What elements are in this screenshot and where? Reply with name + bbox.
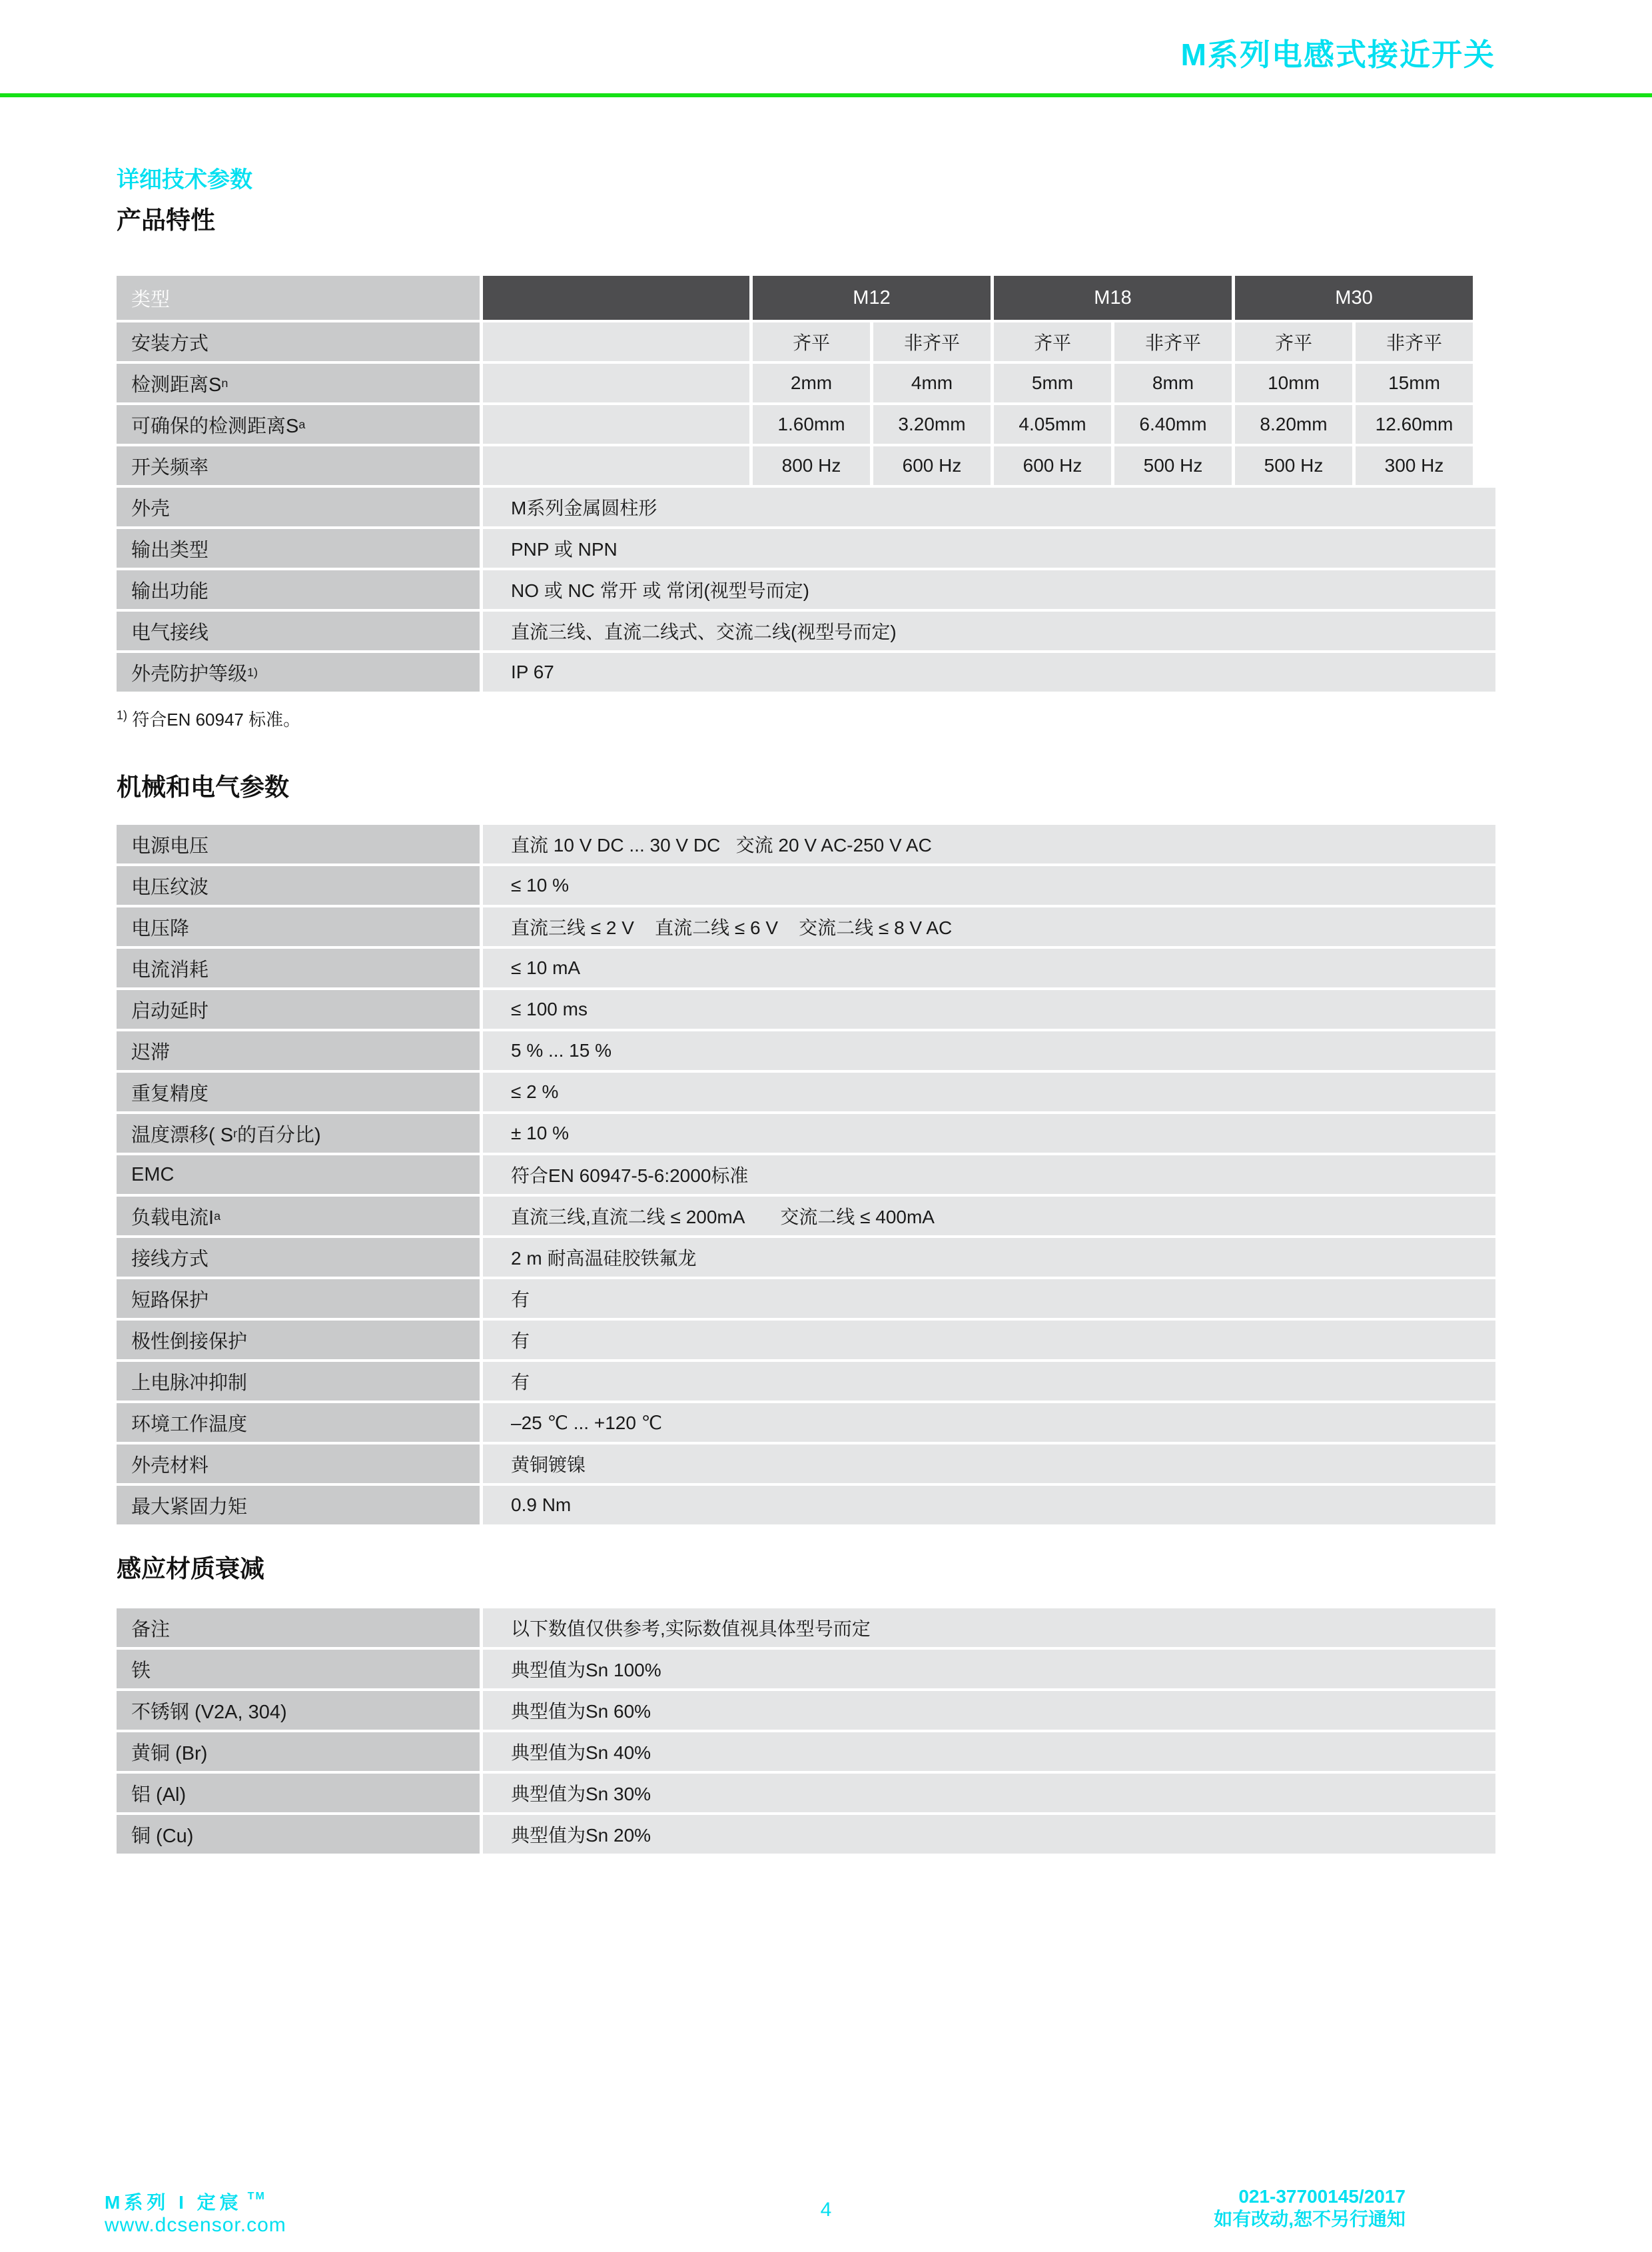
empty-cell bbox=[483, 364, 749, 402]
header-cell-m12: M12 bbox=[753, 276, 991, 320]
table-row-reverse-polarity-protection: 极性倒接保护 有 bbox=[117, 1321, 1495, 1359]
table-row-temperature-drift: 温度漂移( Sr的百分比) ± 10 % bbox=[117, 1114, 1495, 1153]
row-value: 有 bbox=[483, 1321, 1495, 1359]
section-heading-mechanical-electrical: 机械和电气参数 bbox=[117, 772, 1495, 803]
table-row-repeatability: 重复精度 ≤ 2 % bbox=[117, 1073, 1495, 1111]
row-value: ≤ 100 ms bbox=[483, 990, 1495, 1029]
row-value: 2 m 耐高温硅胶铁氟龙 bbox=[483, 1238, 1495, 1277]
spacer-cell bbox=[1476, 364, 1495, 402]
row-value: 4mm bbox=[873, 364, 991, 402]
row-label: 接线方式 bbox=[117, 1238, 480, 1277]
row-value: 15mm bbox=[1356, 364, 1473, 402]
header-cell-type: 类型 bbox=[117, 276, 480, 320]
row-value: ≤ 2 % bbox=[483, 1073, 1495, 1111]
table-row-short-circuit-protection: 短路保护 有 bbox=[117, 1279, 1495, 1318]
empty-cell bbox=[483, 322, 749, 361]
footer-notice: 如有改动,恕不另行通知 bbox=[1214, 2208, 1406, 2231]
table-row-housing-material: 外壳材料 黄铜镀镍 bbox=[117, 1444, 1495, 1483]
row-value: 直流 10 V DC ... 30 V DC 交流 20 V AC-250 V … bbox=[483, 825, 1495, 863]
row-label: EMC bbox=[117, 1155, 480, 1194]
table-row-output-type: 输出类型 PNP 或 NPN bbox=[117, 529, 1495, 568]
row-label: 可确保的检测距离Sa bbox=[117, 405, 480, 444]
table-row-supply-voltage: 电源电压 直流 10 V DC ... 30 V DC 交流 20 V AC-2… bbox=[117, 825, 1495, 863]
row-value: 4.05mm bbox=[994, 405, 1111, 444]
section-heading-material-reduction: 感应材质衰减 bbox=[117, 1554, 1495, 1584]
row-value: 典型值为Sn 40% bbox=[483, 1732, 1495, 1771]
row-label: 短路保护 bbox=[117, 1279, 480, 1318]
row-value: ± 10 % bbox=[483, 1114, 1495, 1153]
table-row-brass: 黄铜 (Br) 典型值为Sn 40% bbox=[117, 1732, 1495, 1771]
row-label: 黄铜 (Br) bbox=[117, 1732, 480, 1771]
row-label: 电压纹波 bbox=[117, 866, 480, 905]
table-row-power-up-pulse-suppression: 上电脉冲抑制 有 bbox=[117, 1362, 1495, 1401]
header-cell-m30: M30 bbox=[1235, 276, 1473, 320]
row-value: ≤ 10 % bbox=[483, 866, 1495, 905]
table-row-load-current: 负载电流Ia 直流三线,直流二线 ≤ 200mA 交流二线 ≤ 400mA bbox=[117, 1197, 1495, 1235]
row-label: 极性倒接保护 bbox=[117, 1321, 480, 1359]
empty-cell bbox=[483, 405, 749, 444]
table-row-mounting: 安装方式 齐平 非齐平 齐平 非齐平 齐平 非齐平 bbox=[117, 322, 1495, 361]
mechanical-electrical-table: 电源电压 直流 10 V DC ... 30 V DC 交流 20 V AC-2… bbox=[117, 825, 1495, 1524]
section-heading-detail-specs: 详细技术参数 bbox=[117, 165, 1495, 195]
row-value: 典型值为Sn 30% bbox=[483, 1774, 1495, 1812]
row-value: 直流三线、直流二线式、交流二线(视型号而定) bbox=[483, 612, 1495, 650]
row-value: 6.40mm bbox=[1114, 405, 1232, 444]
empty-cell bbox=[483, 446, 749, 485]
row-label: 备注 bbox=[117, 1608, 480, 1647]
row-value: 齐平 bbox=[1235, 322, 1352, 361]
row-value: –25 ℃ ... +120 ℃ bbox=[483, 1403, 1495, 1442]
row-value: 齐平 bbox=[753, 322, 870, 361]
row-value: 以下数值仅供参考,实际数值视具体型号而定 bbox=[483, 1608, 1495, 1647]
table-row-note: 备注 以下数值仅供参考,实际数值视具体型号而定 bbox=[117, 1608, 1495, 1647]
row-label: 电气接线 bbox=[117, 612, 480, 650]
table-row-current-consumption: 电流消耗 ≤ 10 mA bbox=[117, 949, 1495, 987]
row-value: 300 Hz bbox=[1356, 446, 1473, 485]
row-value: 非齐平 bbox=[1356, 322, 1473, 361]
row-value: 8.20mm bbox=[1235, 405, 1352, 444]
row-value: 3.20mm bbox=[873, 405, 991, 444]
row-label: 外壳防护等级1) bbox=[117, 653, 480, 692]
row-label: 迟滞 bbox=[117, 1031, 480, 1070]
row-value: ≤ 10 mA bbox=[483, 949, 1495, 987]
page-content: 详细技术参数 产品特性 类型 M12 M18 M30 安装方式 齐平 非齐平 齐… bbox=[117, 165, 1495, 1856]
table-row-iron: 铁 典型值为Sn 100% bbox=[117, 1650, 1495, 1688]
row-label: 重复精度 bbox=[117, 1073, 480, 1111]
row-value: 直流三线,直流二线 ≤ 200mA 交流二线 ≤ 400mA bbox=[483, 1197, 1495, 1235]
row-value: 有 bbox=[483, 1362, 1495, 1401]
spacer-cell bbox=[1476, 405, 1495, 444]
table-row-voltage-ripple: 电压纹波 ≤ 10 % bbox=[117, 866, 1495, 905]
row-value: 500 Hz bbox=[1114, 446, 1232, 485]
header-cell-m18: M18 bbox=[994, 276, 1232, 320]
row-value: 5 % ... 15 % bbox=[483, 1031, 1495, 1070]
table-row-output-function: 输出功能 NO 或 NC 常开 或 常闭(视型号而定) bbox=[117, 570, 1495, 609]
row-label: 外壳材料 bbox=[117, 1444, 480, 1483]
page-title: M系列电感式接近开关 bbox=[1181, 31, 1495, 75]
row-label: 电源电压 bbox=[117, 825, 480, 863]
row-value: 2mm bbox=[753, 364, 870, 402]
table-row-assured-distance: 可确保的检测距离Sa 1.60mm 3.20mm 4.05mm 6.40mm 8… bbox=[117, 405, 1495, 444]
row-value: IP 67 bbox=[483, 653, 1495, 692]
row-label: 最大紧固力矩 bbox=[117, 1486, 480, 1524]
header-divider-line bbox=[0, 93, 1652, 97]
footer-contact-block: 021-37700145/2017 如有改动,恕不另行通知 bbox=[1214, 2185, 1406, 2231]
spacer-cell bbox=[1476, 276, 1495, 320]
row-label: 上电脉冲抑制 bbox=[117, 1362, 480, 1401]
row-value: 黄铜镀镍 bbox=[483, 1444, 1495, 1483]
table-row-power-up-delay: 启动延时 ≤ 100 ms bbox=[117, 990, 1495, 1029]
table-row-wiring: 接线方式 2 m 耐高温硅胶铁氟龙 bbox=[117, 1238, 1495, 1277]
row-label: 电压降 bbox=[117, 907, 480, 946]
row-value: 典型值为Sn 20% bbox=[483, 1815, 1495, 1854]
table-row-emc: EMC 符合EN 60947-5-6:2000标准 bbox=[117, 1155, 1495, 1194]
row-value: 有 bbox=[483, 1279, 1495, 1318]
spacer-cell bbox=[1476, 446, 1495, 485]
row-value: 0.9 Nm bbox=[483, 1486, 1495, 1524]
row-label: 输出类型 bbox=[117, 529, 480, 568]
row-value: M系列金属圆柱形 bbox=[483, 488, 1495, 526]
row-label: 检测距离Sn bbox=[117, 364, 480, 402]
table-row-max-tightening-torque: 最大紧固力矩 0.9 Nm bbox=[117, 1486, 1495, 1524]
row-label: 负载电流Ia bbox=[117, 1197, 480, 1235]
footnote-marker: 1) bbox=[117, 708, 127, 722]
spacer-cell bbox=[1476, 322, 1495, 361]
row-value: 5mm bbox=[994, 364, 1111, 402]
section-heading-product-characteristics: 产品特性 bbox=[117, 205, 1495, 236]
row-label: 铝 (Al) bbox=[117, 1774, 480, 1812]
table-row-hysteresis: 迟滞 5 % ... 15 % bbox=[117, 1031, 1495, 1070]
table-row-protection-class: 外壳防护等级1) IP 67 bbox=[117, 653, 1495, 692]
row-value: 直流三线 ≤ 2 V 直流二线 ≤ 6 V 交流二线 ≤ 8 V AC bbox=[483, 907, 1495, 946]
row-value: 8mm bbox=[1114, 364, 1232, 402]
row-label: 外壳 bbox=[117, 488, 480, 526]
table-header-row: 类型 M12 M18 M30 bbox=[117, 276, 1495, 320]
table-row-sensing-distance: 检测距离Sn 2mm 4mm 5mm 8mm 10mm 15mm bbox=[117, 364, 1495, 402]
row-label: 铜 (Cu) bbox=[117, 1815, 480, 1854]
row-value: 符合EN 60947-5-6:2000标准 bbox=[483, 1155, 1495, 1194]
material-reduction-table: 备注 以下数值仅供参考,实际数值视具体型号而定 铁 典型值为Sn 100% 不锈… bbox=[117, 1608, 1495, 1854]
footer-phone-doc: 021-37700145/2017 bbox=[1214, 2185, 1406, 2208]
row-label: 电流消耗 bbox=[117, 949, 480, 987]
row-value: 非齐平 bbox=[873, 322, 991, 361]
row-value: 600 Hz bbox=[994, 446, 1111, 485]
row-value: 齐平 bbox=[994, 322, 1111, 361]
table-row-voltage-drop: 电压降 直流三线 ≤ 2 V 直流二线 ≤ 6 V 交流二线 ≤ 8 V AC bbox=[117, 907, 1495, 946]
row-label: 安装方式 bbox=[117, 322, 480, 361]
row-label: 铁 bbox=[117, 1650, 480, 1688]
table-row-stainless-steel: 不锈钢 (V2A, 304) 典型值为Sn 60% bbox=[117, 1691, 1495, 1730]
row-label: 环境工作温度 bbox=[117, 1403, 480, 1442]
row-label: 开关频率 bbox=[117, 446, 480, 485]
table-row-housing: 外壳 M系列金属圆柱形 bbox=[117, 488, 1495, 526]
table-row-ambient-temperature: 环境工作温度 –25 ℃ ... +120 ℃ bbox=[117, 1403, 1495, 1442]
table-row-switching-frequency: 开关频率 800 Hz 600 Hz 600 Hz 500 Hz 500 Hz … bbox=[117, 446, 1495, 485]
row-value: 500 Hz bbox=[1235, 446, 1352, 485]
row-label: 温度漂移( Sr的百分比) bbox=[117, 1114, 480, 1153]
table-row-copper: 铜 (Cu) 典型值为Sn 20% bbox=[117, 1815, 1495, 1854]
row-label: 输出功能 bbox=[117, 570, 480, 609]
row-value: PNP 或 NPN bbox=[483, 529, 1495, 568]
row-value: NO 或 NC 常开 或 常闭(视型号而定) bbox=[483, 570, 1495, 609]
row-value: 12.60mm bbox=[1356, 405, 1473, 444]
header-cell-empty bbox=[483, 276, 749, 320]
table-row-electrical-connection: 电气接线 直流三线、直流二线式、交流二线(视型号而定) bbox=[117, 612, 1495, 650]
table-footnote: 1) 符合EN 60947 标准。 bbox=[117, 706, 1495, 731]
table-row-aluminum: 铝 (Al) 典型值为Sn 30% bbox=[117, 1774, 1495, 1812]
row-value: 800 Hz bbox=[753, 446, 870, 485]
row-label: 不锈钢 (V2A, 304) bbox=[117, 1691, 480, 1730]
row-value: 典型值为Sn 60% bbox=[483, 1691, 1495, 1730]
row-label: 启动延时 bbox=[117, 990, 480, 1029]
row-value: 1.60mm bbox=[753, 405, 870, 444]
row-value: 典型值为Sn 100% bbox=[483, 1650, 1495, 1688]
row-value: 10mm bbox=[1235, 364, 1352, 402]
row-value: 600 Hz bbox=[873, 446, 991, 485]
product-characteristics-table: 类型 M12 M18 M30 安装方式 齐平 非齐平 齐平 非齐平 齐平 非齐平… bbox=[117, 276, 1495, 692]
datasheet-page: { "header": { "title": "M系列电感式接近开关" }, "… bbox=[0, 0, 1652, 2252]
row-value: 非齐平 bbox=[1114, 322, 1232, 361]
